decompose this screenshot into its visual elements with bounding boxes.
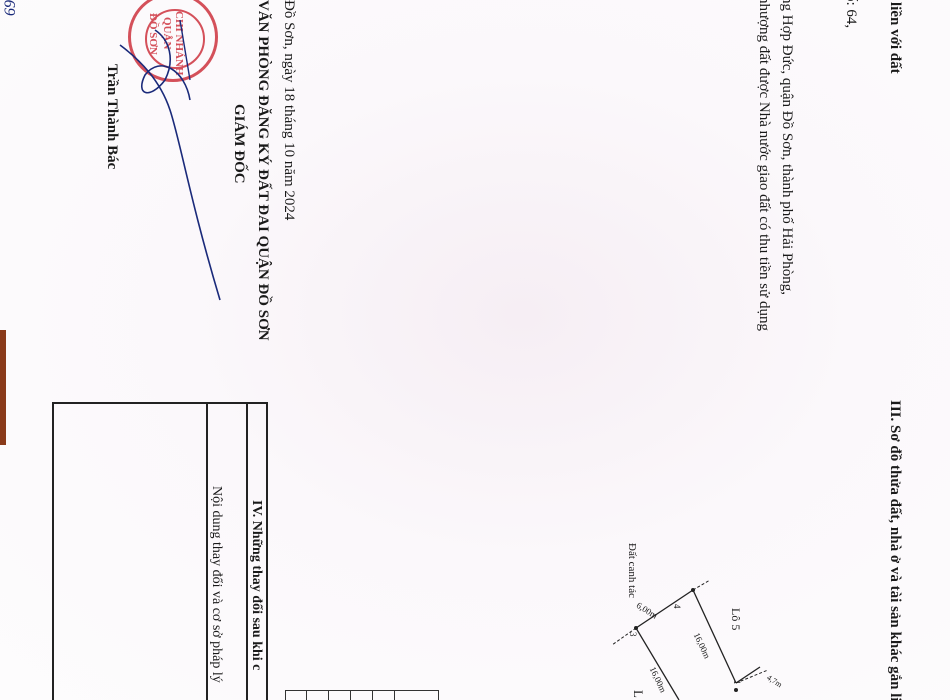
scanned-certificate-page: 69 liền với đất ố: 64, ng Hợp Đức, quận … (0, 0, 950, 700)
changes-column-header: Nội dung thay đổi và cơ sở pháp lý (208, 486, 224, 683)
changes-table (52, 402, 268, 700)
bottom-grid-table (285, 690, 439, 700)
section-iv-title: IV. Những thay đổi sau khi c (248, 500, 264, 670)
